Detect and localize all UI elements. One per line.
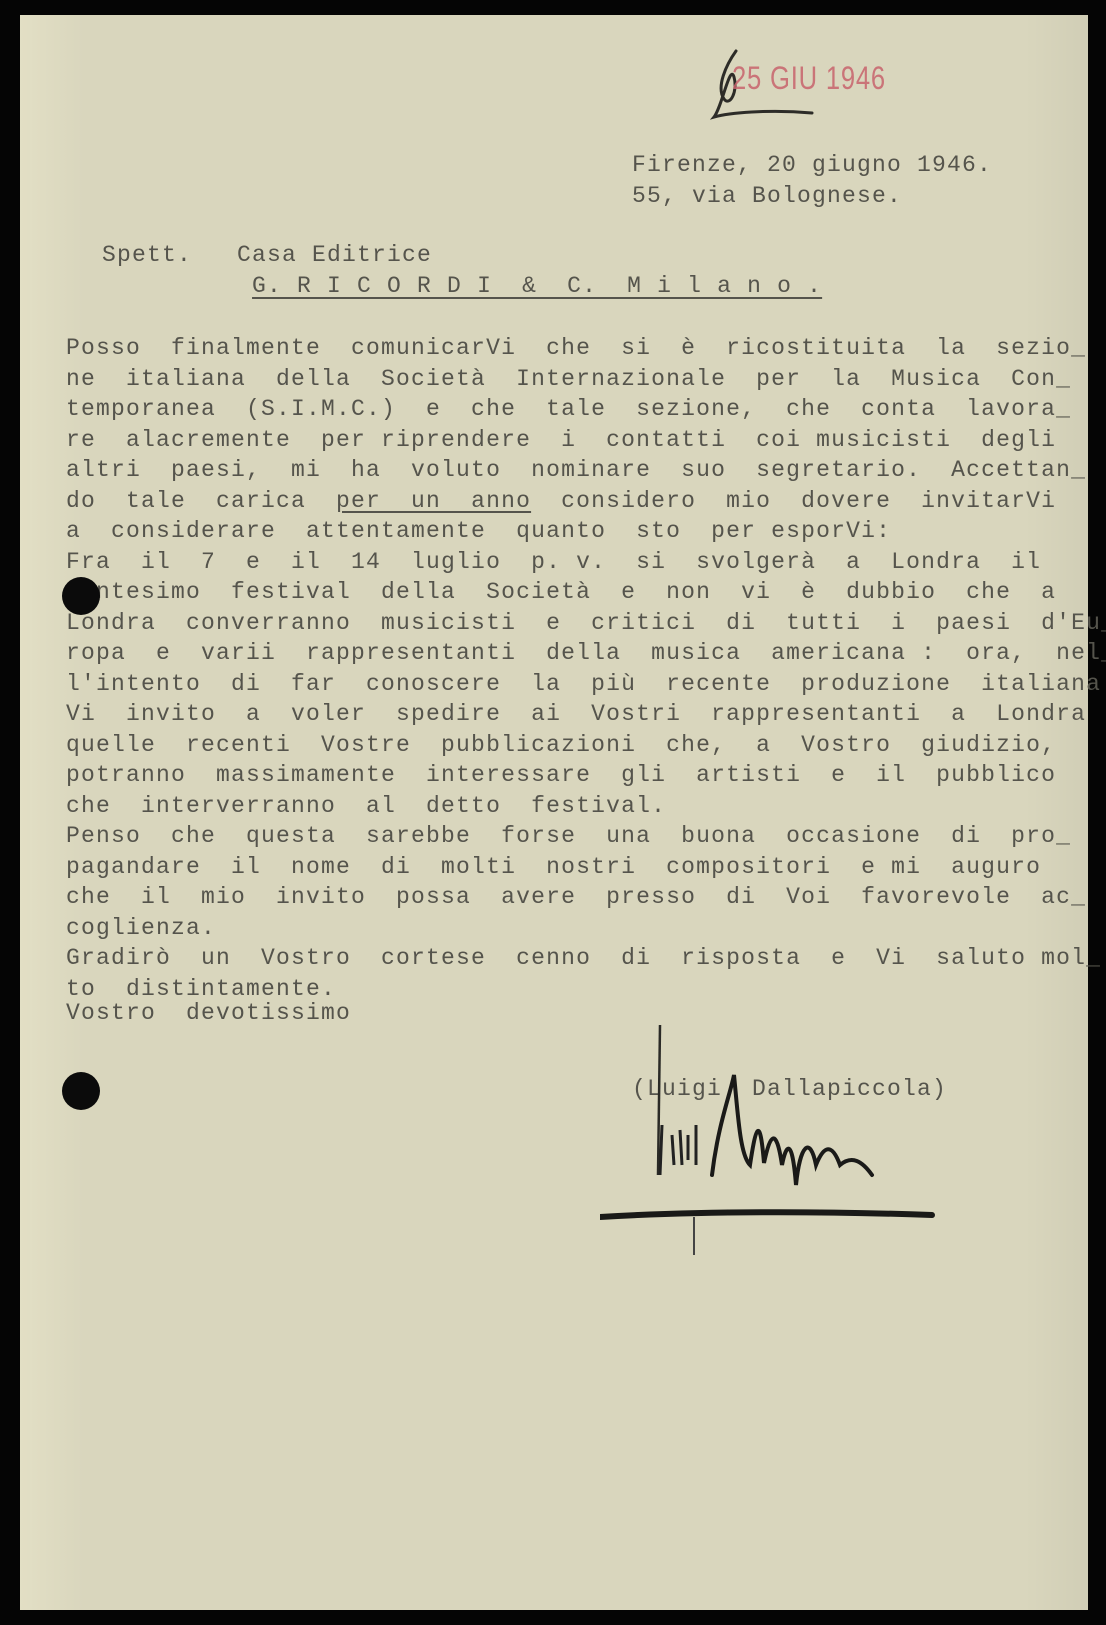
- body-line-text: re alacremente per riprendere i contatti…: [66, 427, 1056, 453]
- body-line-text: pagandare il nome di molti nostri compos…: [66, 854, 1041, 880]
- body-line-text: ropa e varii rappresentanti della musica…: [66, 640, 1106, 666]
- body-line-text: che interverranno al detto festival.: [66, 793, 666, 819]
- letter-body: Posso finalmente comunicarVi che si è ri…: [66, 333, 1106, 1004]
- body-line: che il mio invito possa avere presso di …: [66, 882, 1106, 913]
- body-line-text: Gradirò un Vostro cortese cenno di rispo…: [66, 945, 1101, 971]
- body-line-text: Posso finalmente comunicarVi che si è ri…: [66, 335, 1086, 361]
- body-line: ne italiana della Società Internazionale…: [66, 364, 1106, 395]
- body-line: altri paesi, mi ha voluto nominare suo s…: [66, 455, 1106, 486]
- body-line: Fra il 7 e il 14 luglio p. v. si svolger…: [66, 547, 1106, 578]
- letter-page: 25 GIU 1946 Firenze, 20 giugno 1946.55, …: [20, 15, 1088, 1610]
- recipient-block: Spett. Casa Editrice G. R I C O R D I & …: [102, 240, 822, 301]
- salutation: Spett.: [102, 242, 192, 268]
- body-line: coglienza.: [66, 913, 1106, 944]
- body-line: temporanea (S.I.M.C.) e che tale sezione…: [66, 394, 1106, 425]
- body-line: pagandare il nome di molti nostri compos…: [66, 852, 1106, 883]
- body-line: Posso finalmente comunicarVi che si è ri…: [66, 333, 1106, 364]
- underlined-phrase: per un anno: [336, 488, 531, 514]
- body-line-text: ventesimo festival della Società e non v…: [66, 579, 1056, 605]
- body-line: Gradirò un Vostro cortese cenno di rispo…: [66, 943, 1106, 974]
- punch-hole-upper: [62, 577, 100, 615]
- punch-hole-lower: [62, 1072, 100, 1110]
- body-line: Londra converranno musicisti e critici d…: [66, 608, 1106, 639]
- body-line-text: Fra il 7 e il 14 luglio p. v. si svolger…: [66, 549, 1041, 575]
- body-line: che interverranno al detto festival.: [66, 791, 1106, 822]
- body-line-text: ne italiana della Società Internazionale…: [66, 366, 1071, 392]
- body-line: l'intento di far conoscere la più recent…: [66, 669, 1106, 700]
- body-line-text: quelle recenti Vostre pubblicazioni che,…: [66, 732, 1056, 758]
- body-line-text: considero mio dovere invitarVi: [531, 488, 1056, 514]
- recipient-line-2: G. R I C O R D I & C. M i l a n o .: [252, 273, 822, 299]
- body-line: ropa e varii rappresentanti della musica…: [66, 638, 1106, 669]
- body-line-text: do tale carica: [66, 488, 336, 514]
- body-line-text: altri paesi, mi ha voluto nominare suo s…: [66, 457, 1086, 483]
- body-line-text: potranno massimamente interessare gli ar…: [66, 762, 1056, 788]
- place-date: Firenze, 20 giugno 1946.: [632, 150, 992, 181]
- body-line: re alacremente per riprendere i contatti…: [66, 425, 1106, 456]
- body-line-text: Vi invito a voler spedire ai Vostri rapp…: [66, 701, 1086, 727]
- body-line-text: a considerare attentamente quanto sto pe…: [66, 518, 891, 544]
- body-line-text: coglienza.: [66, 915, 216, 941]
- closing: Vostro devotissimo: [66, 998, 351, 1029]
- body-line-text: temporanea (S.I.M.C.) e che tale sezione…: [66, 396, 1071, 422]
- body-line: Vi invito a voler spedire ai Vostri rapp…: [66, 699, 1106, 730]
- handwritten-signature: [600, 1025, 960, 1265]
- body-line: ventesimo festival della Società e non v…: [66, 577, 1106, 608]
- body-line: a considerare attentamente quanto sto pe…: [66, 516, 1106, 547]
- body-line: do tale carica per un anno considero mio…: [66, 486, 1106, 517]
- recipient-line-1: Casa Editrice: [237, 242, 432, 268]
- body-line: potranno massimamente interessare gli ar…: [66, 760, 1106, 791]
- body-line-text: l'intento di far conoscere la più recent…: [66, 671, 1101, 697]
- sender-address: 55, via Bolognese.: [632, 181, 992, 212]
- body-line-text: Penso che questa sarebbe forse una buona…: [66, 823, 1071, 849]
- body-line: Penso che questa sarebbe forse una buona…: [66, 821, 1106, 852]
- body-line-text: Londra converranno musicisti e critici d…: [66, 610, 1106, 636]
- received-date-stamp: 25 GIU 1946: [732, 60, 886, 97]
- body-line-text: che il mio invito possa avere presso di …: [66, 884, 1086, 910]
- letter-header: Firenze, 20 giugno 1946.55, via Bolognes…: [632, 150, 992, 211]
- body-line: quelle recenti Vostre pubblicazioni che,…: [66, 730, 1106, 761]
